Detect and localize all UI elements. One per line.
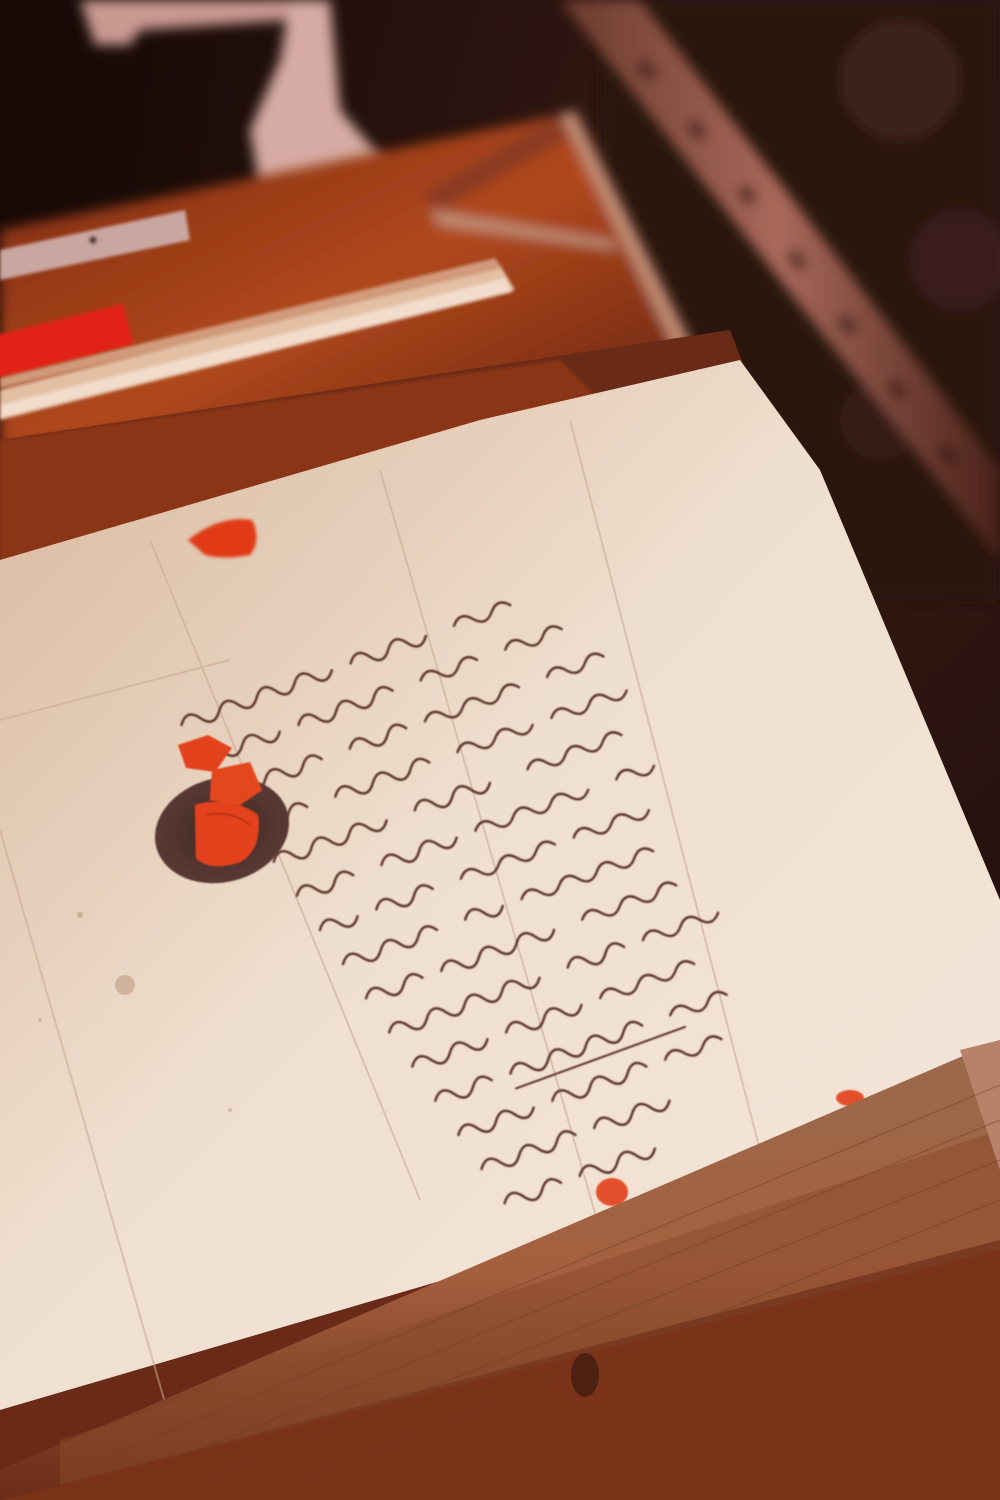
photo-scene: Antique handwritten letter with broken r…	[0, 0, 1000, 1500]
red-wax-seal-bottom	[596, 1178, 628, 1206]
background-layer	[0, 0, 1000, 1500]
